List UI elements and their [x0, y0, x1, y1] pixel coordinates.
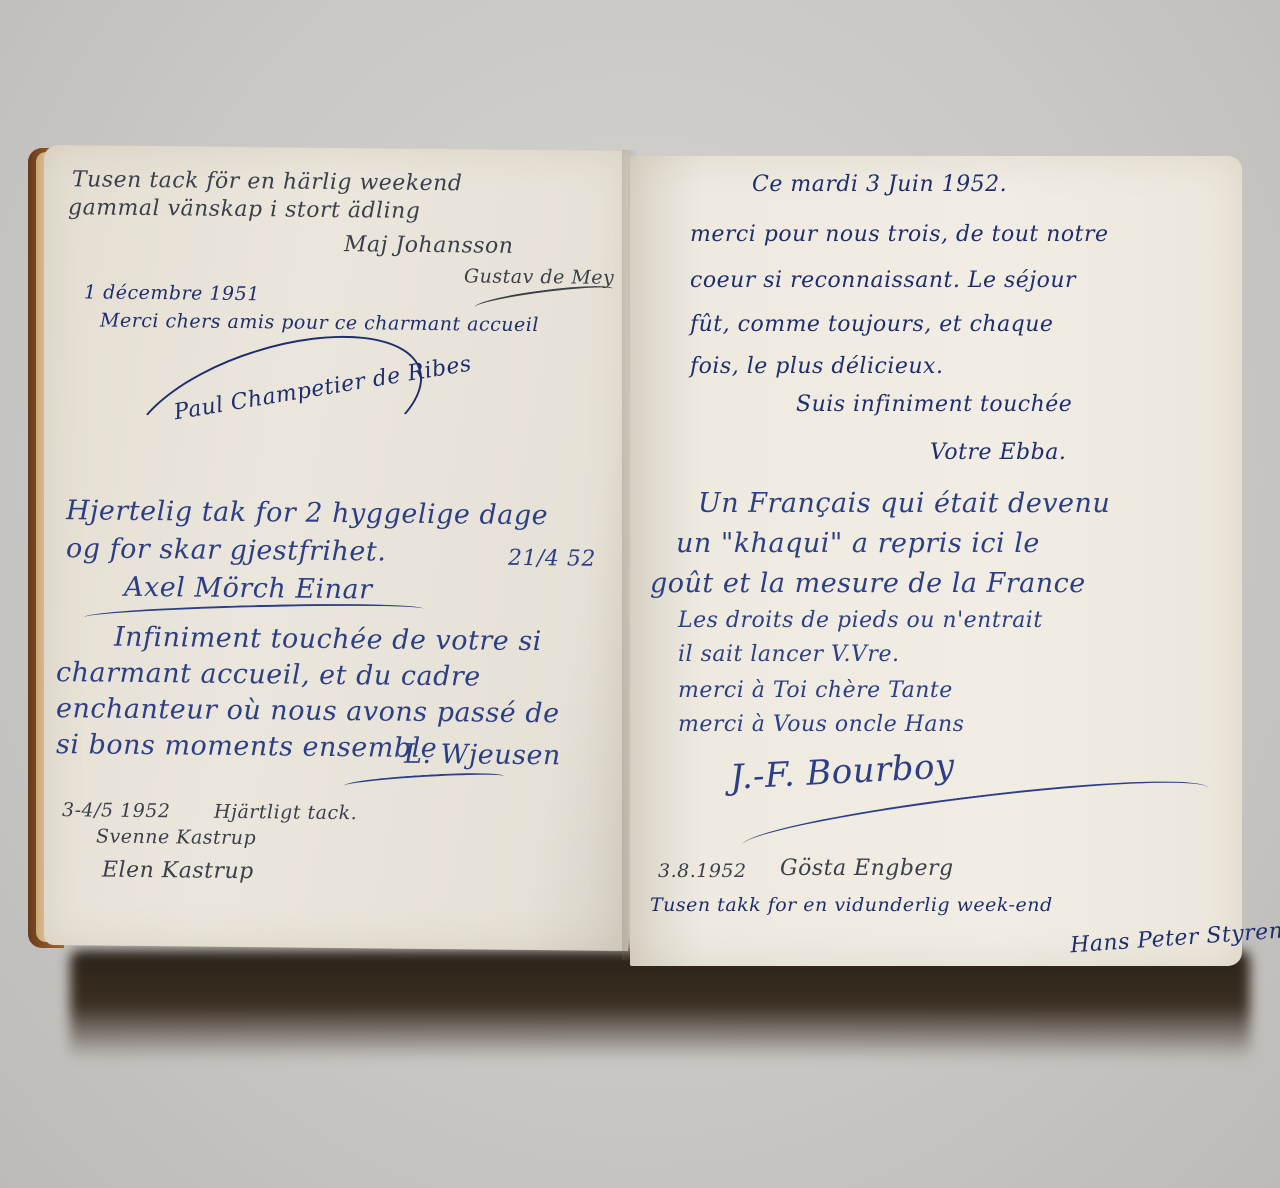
entry-text: fois, le plus délicieux. [690, 354, 943, 379]
entry-text: Tusen takk for en vidunderlig week-end [650, 894, 1053, 916]
entry-text: Hjärtligt tack. [214, 801, 357, 824]
entry-text: Un Français qui était devenu [698, 488, 1110, 519]
entry-text: merci à Toi chère Tante [678, 678, 953, 703]
entry-text: Merci chers amis pour ce charmant accuei… [100, 310, 539, 337]
entry-text: Hjertelig tak for 2 hyggelige dage [66, 495, 548, 531]
entry-text: Infiniment touchée de votre si [114, 622, 542, 657]
entry-date: 21/4 52 [508, 546, 596, 572]
signature: Gösta Engberg [780, 856, 954, 881]
entry-date: Ce mardi 3 Juin 1952. [752, 172, 1007, 197]
signature: L. Wjeusen [404, 739, 561, 772]
entry-text: merci à Vous oncle Hans [678, 712, 964, 737]
signature: Axel Mörch Einar [124, 572, 373, 606]
entry-text: Tusen tack för en härlig weekend [72, 167, 462, 196]
signature-underline [344, 770, 504, 791]
entry-text: fût, comme toujours, et chaque [690, 312, 1053, 337]
book-shadow [70, 950, 1250, 1060]
right-page: Ce mardi 3 Juin 1952. merci pour nous tr… [630, 156, 1242, 966]
left-page: Tusen tack för en härlig weekend gammal … [44, 145, 628, 951]
entry-date: 3.8.1952 [658, 860, 747, 882]
entry-date: 1 décembre 1951 [84, 281, 260, 305]
entry-text: enchanteur où nous avons passé de [56, 693, 560, 729]
entry-text: si bons moments ensemble [56, 729, 437, 764]
signature: Votre Ebba. [930, 440, 1066, 465]
entry-text: un "khaqui" a repris ici le [676, 528, 1040, 559]
entry-text: goût et la mesure de la France [650, 568, 1086, 599]
signature: Hans Peter Styren [1069, 919, 1280, 959]
entry-text: Les droits de pieds ou n'entrait [678, 608, 1043, 633]
signature: Maj Johansson [344, 232, 513, 259]
signature: Svenne Kastrup [96, 825, 256, 849]
entry-text: gammal vänskap i stort ädling [68, 195, 420, 224]
signature: J.-F. Bourboy [729, 746, 956, 798]
entry-text: charmant accueil, et du cadre [56, 657, 481, 692]
entry-text: Suis infiniment touchée [796, 392, 1072, 417]
entry-date: 3-4/5 1952 [62, 799, 170, 822]
entry-text: og for skar gjestfrihet. [66, 533, 386, 567]
entry-text: coeur si reconnaissant. Le séjour [690, 268, 1076, 293]
signature-flourish [111, 305, 442, 524]
entry-text: il sait lancer V.Vre. [678, 642, 899, 667]
entry-text: merci pour nous trois, de tout notre [690, 222, 1109, 247]
signature: Elen Kastrup [102, 858, 254, 885]
